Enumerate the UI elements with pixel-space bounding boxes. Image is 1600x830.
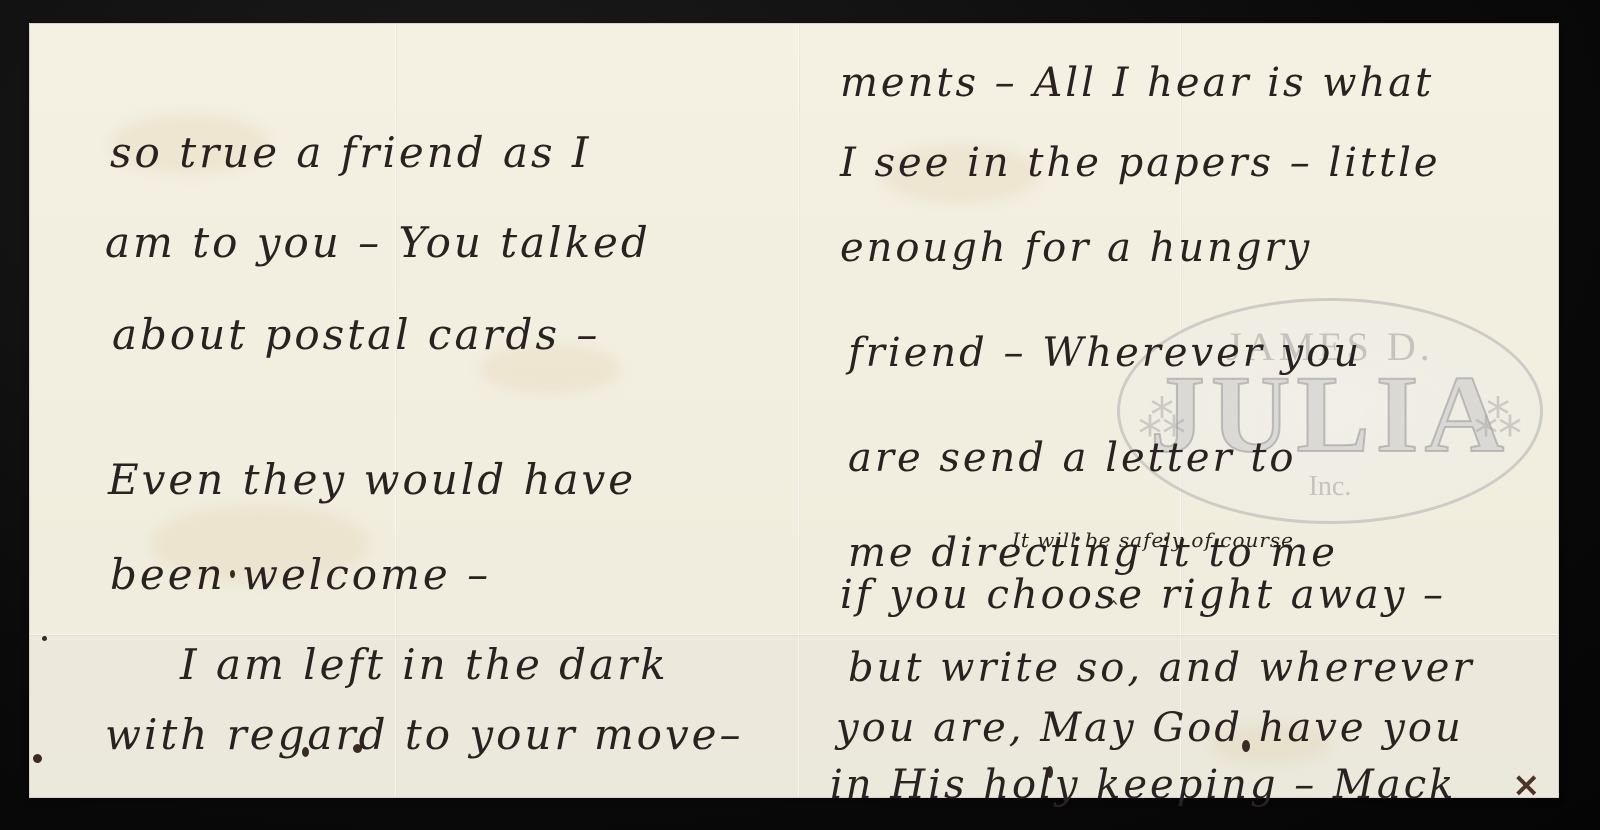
left-line-3: about postal cards – bbox=[112, 310, 600, 359]
right-line-5: are send a letter to bbox=[848, 435, 1296, 481]
right-line-10: in His holy keeping – Mack bbox=[830, 762, 1456, 808]
right-line-1: ments – All I hear is what bbox=[840, 60, 1434, 106]
left-line-4: Even they would have bbox=[108, 455, 636, 504]
ink-spot bbox=[42, 636, 47, 641]
horizontal-fold-line bbox=[30, 634, 1558, 636]
right-line-9: you are, May God have you bbox=[836, 705, 1464, 751]
left-line-1: so true a friend as I bbox=[110, 128, 592, 177]
left-line-7: with regard to your move– bbox=[105, 710, 744, 759]
left-line-2: am to you – You talked bbox=[105, 218, 651, 267]
right-line-2: I see in the papers – little bbox=[840, 140, 1441, 186]
right-line-3: enough for a hungry bbox=[840, 225, 1312, 271]
signature-x-mark: × bbox=[1512, 765, 1541, 805]
right-line-7: if you choose right away – bbox=[840, 572, 1446, 618]
ink-spot bbox=[33, 754, 42, 763]
left-line-5: been welcome – bbox=[110, 550, 491, 599]
right-line-8: but write so, and wherever bbox=[848, 645, 1475, 691]
vertical-fold-line bbox=[798, 24, 800, 797]
left-line-6: I am left in the dark bbox=[180, 640, 669, 689]
photo-stage: so true a friend as I am to you – You ta… bbox=[0, 0, 1600, 830]
right-line-4: friend – Wherever you bbox=[848, 330, 1362, 376]
interlinear-insertion: It will be safely of course bbox=[1012, 528, 1294, 552]
